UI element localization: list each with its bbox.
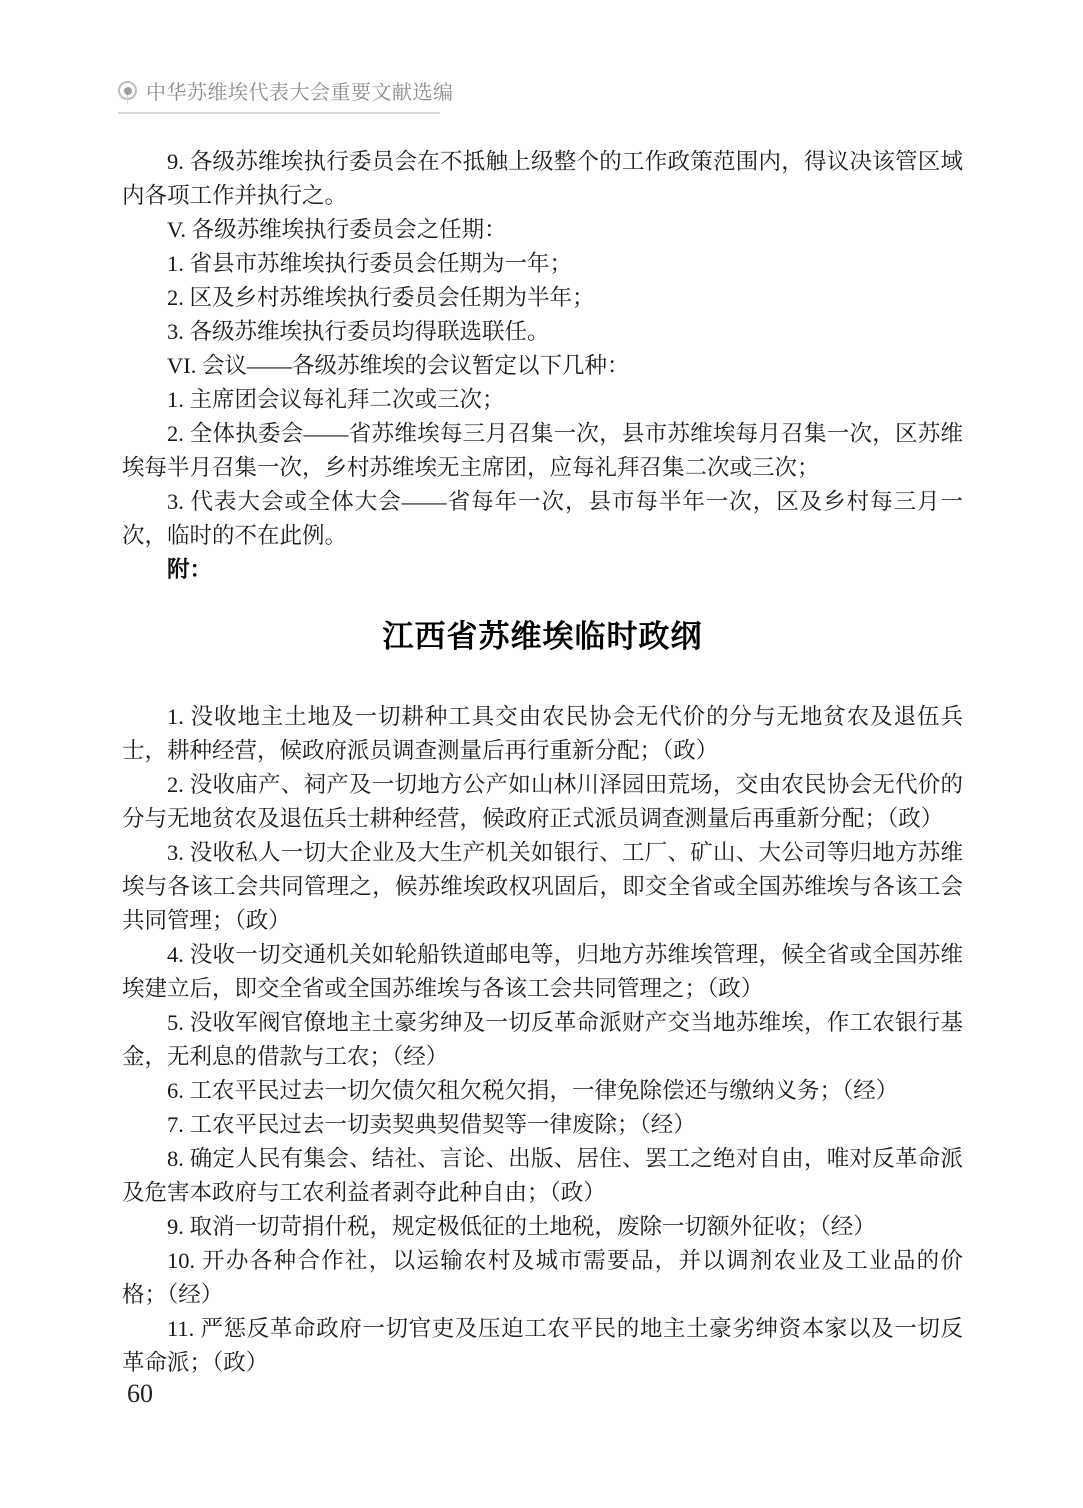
resolution-paragraph: 9. 各级苏维埃执行委员会在不抵触上级整个的工作政策范围内，得议决该管区域内各项…	[122, 145, 963, 213]
resolution-paragraph: 1. 主席团会议每礼拜二次或三次；	[122, 383, 963, 417]
resolution-paragraph: 1. 省县市苏维埃执行委员会任期为一年；	[122, 247, 963, 281]
program-paragraph: 10. 开办各种合作社，以运输农村及城市需要品，并以调剂农业及工业品的价格；（经…	[122, 1244, 963, 1312]
program-paragraph: 1. 没收地主土地及一切耕种工具交由农民协会无代价的分与无地贫农及退伍兵士，耕种…	[122, 700, 963, 768]
program-paragraph: 11. 严惩反革命政府一切官吏及压迫工农平民的地主土豪劣绅资本家以及一切反革命派…	[122, 1312, 963, 1380]
page: 中华苏维埃代表大会重要文献选编 9. 各级苏维埃执行委员会在不抵触上级整个的工作…	[0, 0, 1083, 1508]
document-body: 9. 各级苏维埃执行委员会在不抵触上级整个的工作政策范围内，得议决该管区域内各项…	[122, 145, 963, 1380]
attachment-title: 江西省苏维埃临时政纲	[122, 615, 963, 659]
resolution-paragraph: V. 各级苏维埃执行委员会之任期：	[122, 213, 963, 247]
header-book-title: 中华苏维埃代表大会重要文献选编	[146, 76, 454, 105]
resolution-paragraph: 2. 区及乡村苏维埃执行委员会任期为半年；	[122, 281, 963, 315]
header-rule-connector	[127, 95, 128, 104]
program-paragraph: 9. 取消一切苛捐什税，规定极低征的土地税，废除一切额外征收；（经）	[122, 1210, 963, 1244]
program-paragraph: 6. 工农平民过去一切欠债欠租欠税欠捐，一律免除偿还与缴纳义务；（经）	[122, 1074, 963, 1108]
program-paragraph: 7. 工农平民过去一切卖契典契借契等一律废除；（经）	[122, 1108, 963, 1142]
program-paragraph: 5. 没收军阀官僚地主土豪劣绅及一切反革命派财产交当地苏维埃，作工农银行基金，无…	[122, 1006, 963, 1074]
page-number: 60	[127, 1379, 153, 1409]
attachment-label: 附：	[122, 553, 963, 587]
resolution-paragraph: 2. 全体执委会——省苏维埃每三月召集一次，县市苏维埃每月召集一次，区苏维埃每半…	[122, 417, 963, 485]
bullet-circle-dot	[124, 87, 132, 95]
resolution-paragraph: VI. 会议——各级苏维埃的会议暂定以下几种：	[122, 349, 963, 383]
resolution-paragraph: 3. 各级苏维埃执行委员均得联选联任。	[122, 315, 963, 349]
resolution-paragraph: 3. 代表大会或全体大会——省每年一次，县市每半年一次，区及乡村每三月一次，临时…	[122, 485, 963, 553]
program-paragraph: 2. 没收庙产、祠产及一切地方公产如山林川泽园田荒场，交由农民协会无代价的分与无…	[122, 768, 963, 836]
program-paragraph: 4. 没收一切交通机关如轮船铁道邮电等，归地方苏维埃管理，候全省或全国苏维埃建立…	[122, 938, 963, 1006]
program-paragraph: 3. 没收私人一切大企业及大生产机关如银行、工厂、矿山、大公司等归地方苏维埃与各…	[122, 836, 963, 938]
running-header: 中华苏维埃代表大会重要文献选编	[118, 76, 440, 114]
program-paragraph: 8. 确定人民有集会、结社、言论、出版、居住、罢工之绝对自由，唯对反革命派及危害…	[122, 1142, 963, 1210]
